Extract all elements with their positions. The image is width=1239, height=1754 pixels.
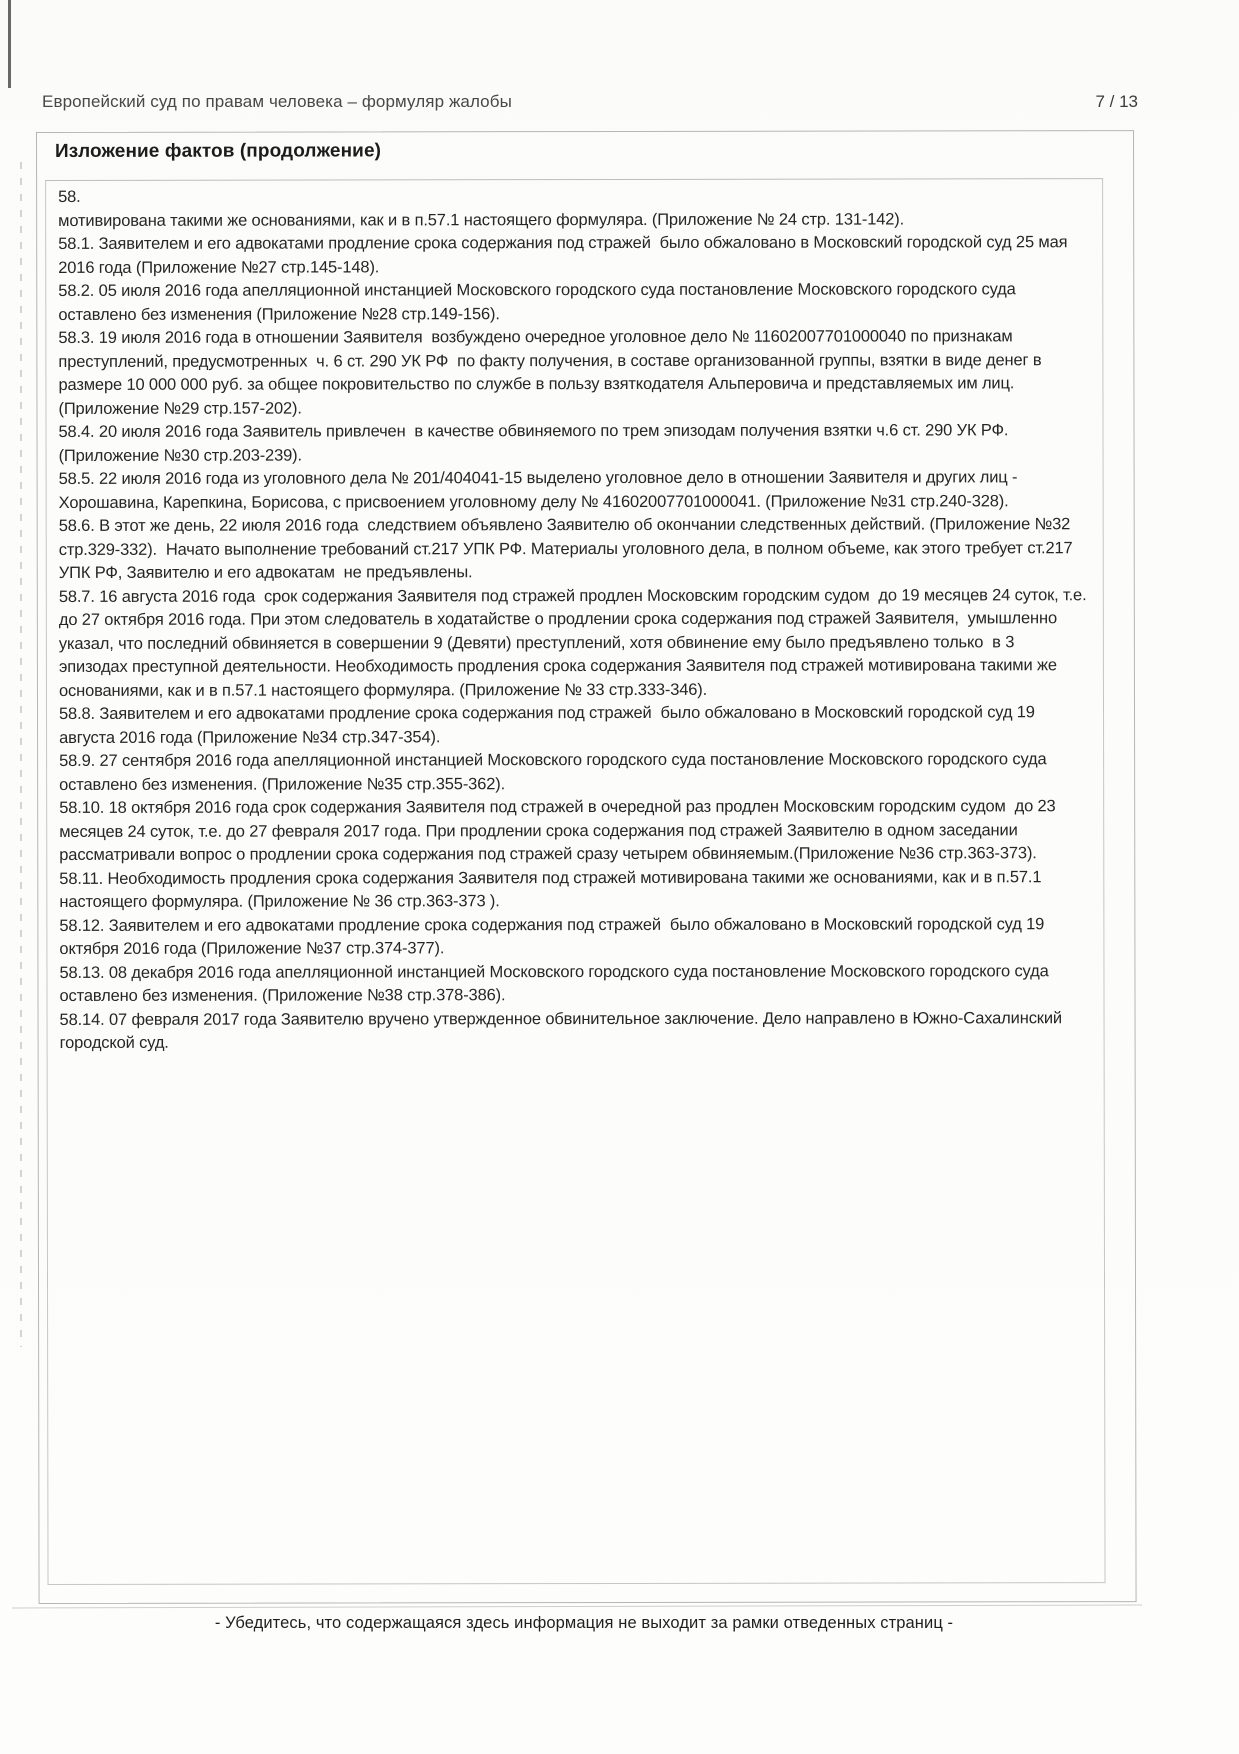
scan-bottom-line	[12, 1605, 1142, 1609]
form-title: Европейский суд по правам человека – фор…	[42, 92, 512, 112]
facts-content-box: 58.мотивирована такими же основаниями, к…	[45, 178, 1105, 1585]
fact-paragraph: 58.	[58, 184, 1086, 209]
fact-paragraph: 58.13. 08 декабря 2016 года апелляционно…	[59, 960, 1087, 1009]
fact-paragraph: 58.6. В этот же день, 22 июля 2016 года …	[59, 513, 1087, 585]
fact-paragraph: 58.2. 05 июля 2016 года апелляционной ин…	[58, 278, 1086, 327]
fact-paragraph: 58.11. Необходимость продления срока сод…	[59, 866, 1087, 915]
scan-edge-artifact	[8, 0, 11, 88]
fact-paragraph: 58.7. 16 августа 2016 года срок содержан…	[59, 584, 1087, 703]
facts-text-block: 58.мотивирована такими же основаниями, к…	[46, 179, 1104, 1055]
page-number: 7 / 13	[1095, 92, 1138, 112]
fact-paragraph: 58.9. 27 сентября 2016 года апелляционно…	[59, 748, 1087, 797]
footer-note: - Убедитесь, что содержащаяся здесь инфо…	[36, 1614, 1132, 1633]
fact-paragraph: 58.8. Заявителем и его адвокатами продле…	[59, 701, 1087, 750]
section-title: Изложение фактов (продолжение)	[55, 140, 381, 163]
fact-paragraph: 58.4. 20 июля 2016 года Заявитель привле…	[59, 419, 1087, 468]
scanned-form-page: Европейский суд по правам человека – фор…	[0, 0, 1239, 1754]
facts-section-box: Изложение фактов (продолжение) 58.мотиви…	[36, 130, 1137, 1604]
fact-paragraph: 58.1. Заявителем и его адвокатами продле…	[58, 231, 1086, 280]
fact-paragraph: мотивирована такими же основаниями, как …	[58, 208, 1086, 233]
fact-paragraph: 58.3. 19 июля 2016 года в отношении Заяв…	[58, 325, 1086, 421]
fact-paragraph: 58.5. 22 июля 2016 года из уголовного де…	[59, 466, 1087, 515]
scan-margin-line	[20, 162, 22, 1347]
page-header: Европейский суд по правам человека – фор…	[42, 92, 1138, 112]
fact-paragraph: 58.14. 07 февраля 2017 года Заявителю вр…	[60, 1007, 1088, 1056]
fact-paragraph: 58.12. Заявителем и его адвокатами продл…	[59, 913, 1087, 962]
fact-paragraph: 58.10. 18 октября 2016 года срок содержа…	[59, 795, 1087, 867]
